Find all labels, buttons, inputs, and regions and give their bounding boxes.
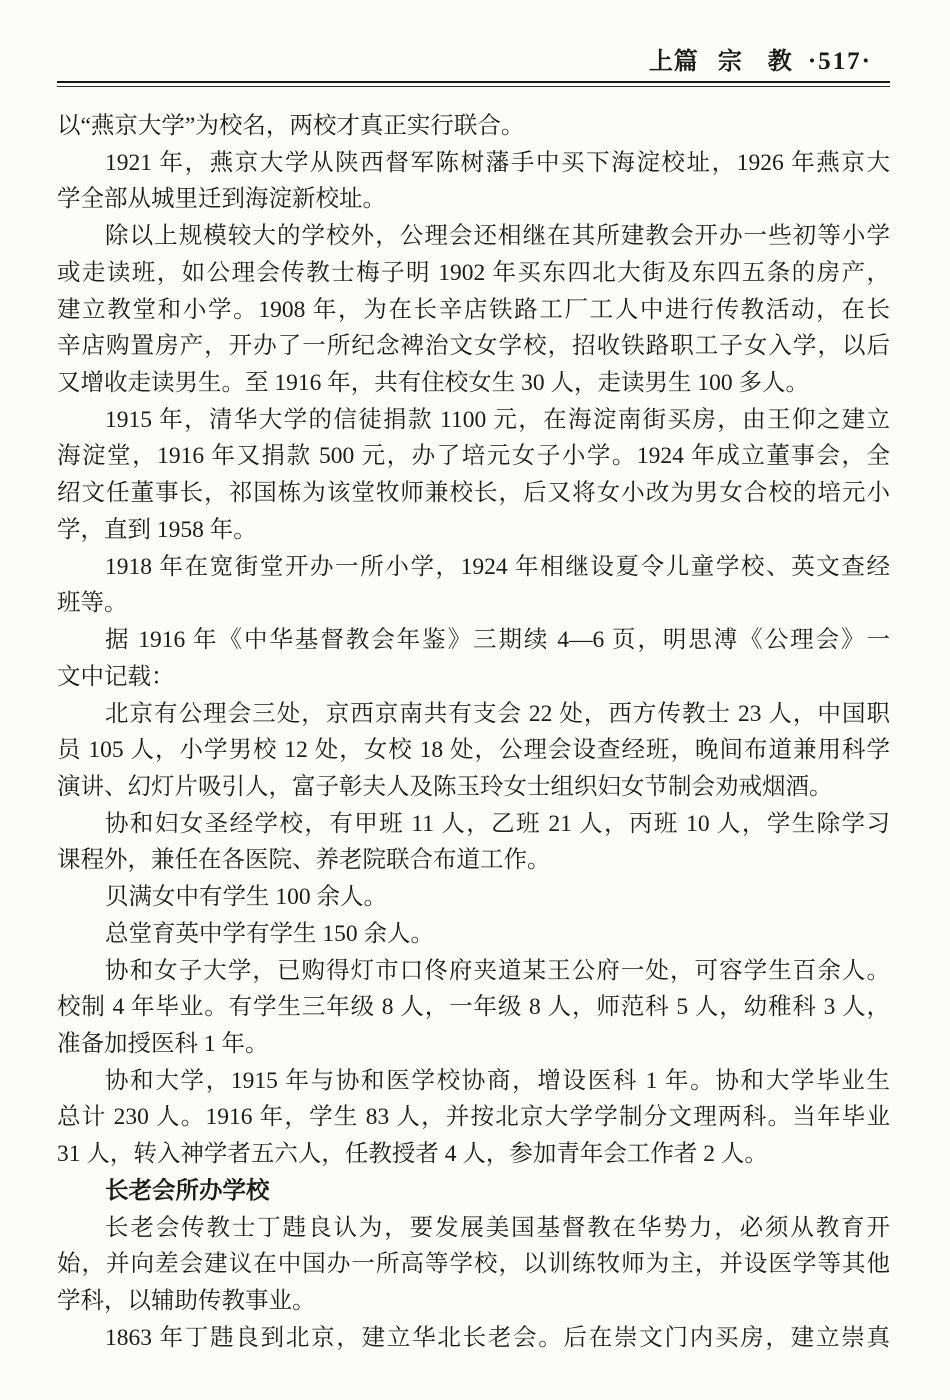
text-line: 辛店购置房产，开办了一所纪念裨治文女学校，招收铁路职工子女入学，以后 [57, 328, 890, 365]
text-line: 学全部从城里迁到海淀新校址。 [57, 181, 890, 218]
text-line: 海淀堂，1916 年又捐款 500 元，办了培元女子小学。1924 年成立董事会… [57, 438, 890, 475]
book-page: 上篇 宗 教 ·517· 以“燕京大学”为校名，两校才真正实行联合。1921 年… [0, 0, 950, 1400]
text-line: 总堂育英中学有学生 150 余人。 [57, 916, 890, 953]
text-line: 协和妇女圣经学校，有甲班 11 人，乙班 21 人，丙班 10 人，学生除学习 [57, 806, 890, 843]
text-line: 绍文任董事长，祁国栋为该堂牧师兼校长，后又将女小改为男女合校的培元小 [57, 475, 890, 512]
text-line: 长老会传教士丁韪良认为，要发展美国基督教在华势力，必须从教育开 [57, 1210, 890, 1247]
text-line: 北京有公理会三处，京西京南共有支会 22 处，西方传教士 23 人，中国职 [57, 696, 890, 733]
text-line: 1918 年在宽街堂开办一所小学，1924 年相继设夏令儿童学校、英文查经 [57, 549, 890, 586]
text-line: 准备加授医科 1 年。 [57, 1026, 890, 1063]
text-line: 1915 年，清华大学的信徒捐款 1100 元，在海淀南街买房，由王仰之建立 [57, 402, 890, 439]
text-line: 校制 4 年毕业。有学生三年级 8 人，一年级 8 人，师范科 5 人，幼稚科 … [57, 989, 890, 1026]
section-heading: 长老会所办学校 [57, 1173, 890, 1210]
text-line: 总计 230 人。1916 年，学生 83 人，并按北京大学学制分文理两科。当年… [57, 1099, 890, 1136]
text-line: 始，并向差会建议在中国办一所高等学校，以训练牧师为主，并设医学等其他 [57, 1246, 890, 1283]
text-line: 课程外，兼任在各医院、养老院联合布道工作。 [57, 842, 890, 879]
text-line: 演讲、幻灯片吸引人，富子彰夫人及陈玉玲女士组织妇女节制会劝戒烟酒。 [57, 769, 890, 806]
header-rule [57, 81, 890, 87]
header-section-label: 上篇 [649, 49, 699, 75]
text-line: 贝满女中有学生 100 余人。 [57, 879, 890, 916]
header-category-label: 宗 教 [718, 49, 793, 75]
page-number: ·517· [808, 48, 872, 75]
text-line: 1863 年丁韪良到北京，建立华北长老会。后在崇文门内买房，建立崇真 [57, 1320, 890, 1357]
text-line: 据 1916 年《中华基督教会年鉴》三期续 4—6 页，明思溥《公理会》一 [57, 622, 890, 659]
text-line: 除以上规模较大的学校外，公理会还相继在其所建教会开办一些初等小学 [57, 218, 890, 255]
text-line: 学，直到 1958 年。 [57, 512, 890, 549]
text-line: 文中记载： [57, 659, 890, 696]
text-line: 班等。 [57, 585, 890, 622]
page-body: 以“燕京大学”为校名，两校才真正实行联合。1921 年，燕京大学从陕西督军陈树藩… [57, 108, 890, 1356]
text-line: 协和女子大学，已购得灯市口佟府夹道某王公府一处，可容学生百余人。 [57, 953, 890, 990]
text-line: 31 人，转入神学者五六人，任教授者 4 人，参加青年会工作者 2 人。 [57, 1136, 890, 1173]
text-line: 员 105 人，小学男校 12 处，女校 18 处，公理会设查经班，晚间布道兼用… [57, 732, 890, 769]
text-line: 以“燕京大学”为校名，两校才真正实行联合。 [57, 108, 890, 145]
text-line: 学科，以辅助传教事业。 [57, 1283, 890, 1320]
text-line: 建立教堂和小学。1908 年，为在长辛店铁路工厂工人中进行传教活动，在长 [57, 292, 890, 329]
text-line: 协和大学，1915 年与协和医学校协商，增设医科 1 年。协和大学毕业生 [57, 1063, 890, 1100]
text-line: 1921 年，燕京大学从陕西督军陈树藩手中买下海淀校址，1926 年燕京大 [57, 145, 890, 182]
text-line: 又增收走读男生。至 1916 年，共有住校女生 30 人，走读男生 100 多人… [57, 365, 890, 402]
running-header: 上篇 宗 教 ·517· [57, 0, 890, 78]
page-content: 上篇 宗 教 ·517· 以“燕京大学”为校名，两校才真正实行联合。1921 年… [0, 0, 950, 1356]
text-line: 或走读班，如公理会传教士梅子明 1902 年买东四北大街及东四五条的房产， [57, 255, 890, 292]
